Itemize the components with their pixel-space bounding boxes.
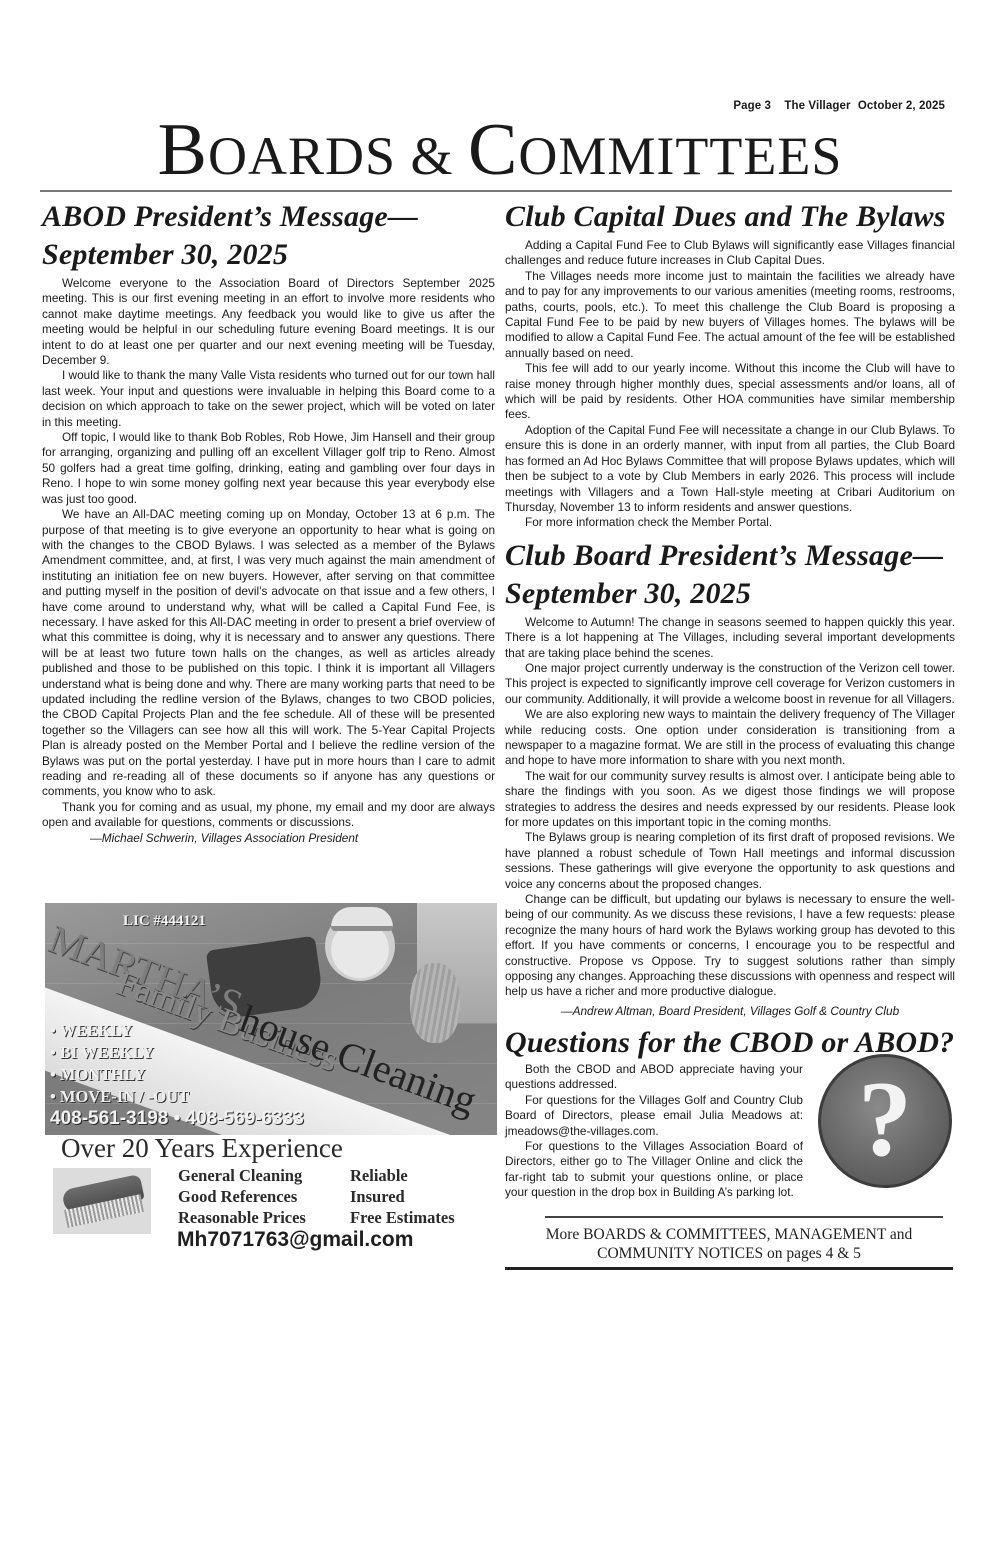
article-body: Both the CBOD and ABOD appreciate having… bbox=[505, 1062, 803, 1201]
headline-line-1: Club Board President’s Message— bbox=[505, 539, 943, 572]
paragraph: Thank you for coming and as usual, my ph… bbox=[42, 800, 495, 831]
paragraph: Adoption of the Capital Fund Fee will ne… bbox=[505, 423, 955, 515]
paragraph: Welcome everyone to the Association Boar… bbox=[42, 276, 495, 368]
notice-top-rule bbox=[545, 1216, 943, 1218]
masthead-initial-b: B bbox=[158, 109, 208, 191]
article-body: Welcome to Autumn! The change in seasons… bbox=[505, 615, 955, 1000]
masthead-ampersand: & bbox=[396, 126, 468, 186]
paragraph: Off topic, I would like to thank Bob Rob… bbox=[42, 430, 495, 507]
masthead-boards: OARDS bbox=[208, 126, 396, 186]
advertisement-marthas-house-cleaning: MARTHA’S Family Business house Cleaning … bbox=[45, 903, 497, 1258]
paragraph: For questions to the Villages Associatio… bbox=[505, 1139, 803, 1201]
ad-features-grid: General Cleaning Reliable Good Reference… bbox=[178, 1165, 480, 1228]
article-club-board-presidents-message: Club Board President’s Message— Septembe… bbox=[505, 537, 955, 1020]
paragraph: This fee will add to our yearly income. … bbox=[505, 361, 955, 423]
feather-duster-icon bbox=[410, 963, 460, 1043]
article-signature: —Michael Schwerin, Villages Association … bbox=[42, 831, 495, 846]
feature-item: Free Estimates bbox=[350, 1207, 480, 1228]
headline-line-2: September 30, 2025 bbox=[42, 238, 288, 271]
notice-text: More BOARDS & COMMITTEES, MANAGEMENT and… bbox=[505, 1225, 953, 1263]
article-headline: ABOD President’s Message— September 30, … bbox=[42, 198, 495, 274]
article-signature: —Andrew Altman, Board President, Village… bbox=[505, 1004, 955, 1019]
article-body: Adding a Capital Fund Fee to Club Bylaws… bbox=[505, 238, 955, 531]
question-mark-icon: ? bbox=[810, 1048, 960, 1198]
ad-phone-numbers: 408-561-3198 • 408-569-6333 bbox=[50, 1108, 304, 1130]
section-masthead: BOARDS & COMMITTEES bbox=[0, 108, 1000, 193]
paragraph: Adding a Capital Fund Fee to Club Bylaws… bbox=[505, 238, 955, 269]
paragraph: For questions for the Villages Golf and … bbox=[505, 1093, 803, 1139]
service-item: • MONTHLY bbox=[50, 1064, 189, 1086]
feature-item: Insured bbox=[350, 1186, 480, 1207]
right-column: Club Capital Dues and The Bylaws Adding … bbox=[505, 198, 955, 1019]
ad-email: Mh7071763@gmail.com bbox=[177, 1228, 413, 1252]
masthead-committees: OMMITTEES bbox=[518, 126, 842, 186]
ad-photo: MARTHA’S Family Business house Cleaning … bbox=[45, 903, 497, 1135]
feature-item: Reliable bbox=[350, 1165, 480, 1186]
service-item: • MOVE-IN / -OUT bbox=[50, 1086, 189, 1108]
paragraph: Change can be difficult, but updating ou… bbox=[505, 892, 955, 1000]
article-headline: Club Capital Dues and The Bylaws bbox=[505, 198, 955, 236]
paragraph: The Villages needs more income just to m… bbox=[505, 269, 955, 361]
feature-item: Good References bbox=[178, 1186, 350, 1207]
continued-notice: More BOARDS & COMMITTEES, MANAGEMENT and… bbox=[505, 1216, 953, 1270]
article-body: Welcome everyone to the Association Boar… bbox=[42, 276, 495, 831]
headband-illustration bbox=[331, 907, 393, 931]
notice-line-2: COMMUNITY NOTICES on pages 4 & 5 bbox=[597, 1245, 861, 1262]
paragraph: One major project currently underway is … bbox=[505, 661, 955, 707]
paragraph: We are also exploring new ways to mainta… bbox=[505, 707, 955, 769]
masthead-initial-c: C bbox=[468, 109, 518, 191]
ad-experience: Over 20 Years Experience bbox=[61, 1133, 343, 1164]
article-abod-presidents-message: ABOD President’s Message— September 30, … bbox=[42, 198, 495, 846]
headline-line-2: September 30, 2025 bbox=[505, 577, 751, 610]
paragraph: We have an All-DAC meeting coming up on … bbox=[42, 507, 495, 800]
paragraph: The Bylaws group is nearing completion o… bbox=[505, 830, 955, 892]
ad-services-list: • WEEKLY • BI WEEKLY • MONTHLY • MOVE-IN… bbox=[50, 1020, 189, 1108]
questions-body-wrap: Both the CBOD and ABOD appreciate having… bbox=[505, 1062, 960, 1201]
feature-item: General Cleaning bbox=[178, 1165, 350, 1186]
headline-line-1: ABOD President’s Message— bbox=[42, 200, 418, 233]
scrub-brush-icon bbox=[53, 1168, 151, 1234]
service-item: • WEEKLY bbox=[50, 1020, 189, 1042]
paragraph: Welcome to Autumn! The change in seasons… bbox=[505, 615, 955, 661]
paragraph: The wait for our community survey result… bbox=[505, 769, 955, 831]
article-questions-cbod-abod: Questions for the CBOD or ABOD? Both the… bbox=[505, 1024, 960, 1201]
paragraph: Both the CBOD and ABOD appreciate having… bbox=[505, 1062, 803, 1093]
notice-line-1: More BOARDS & COMMITTEES, MANAGEMENT and bbox=[546, 1226, 913, 1243]
service-item: • BI WEEKLY bbox=[50, 1042, 189, 1064]
notice-bottom-rule bbox=[505, 1267, 953, 1270]
masthead-divider bbox=[40, 190, 952, 192]
paragraph: For more information check the Member Po… bbox=[505, 515, 955, 530]
ad-license: LIC #444121 bbox=[123, 913, 206, 930]
feature-item: Reasonable Prices bbox=[178, 1207, 350, 1228]
article-headline: Club Board President’s Message— Septembe… bbox=[505, 537, 955, 613]
paragraph: I would like to thank the many Valle Vis… bbox=[42, 368, 495, 430]
article-club-capital-dues: Club Capital Dues and The Bylaws Adding … bbox=[505, 198, 955, 531]
